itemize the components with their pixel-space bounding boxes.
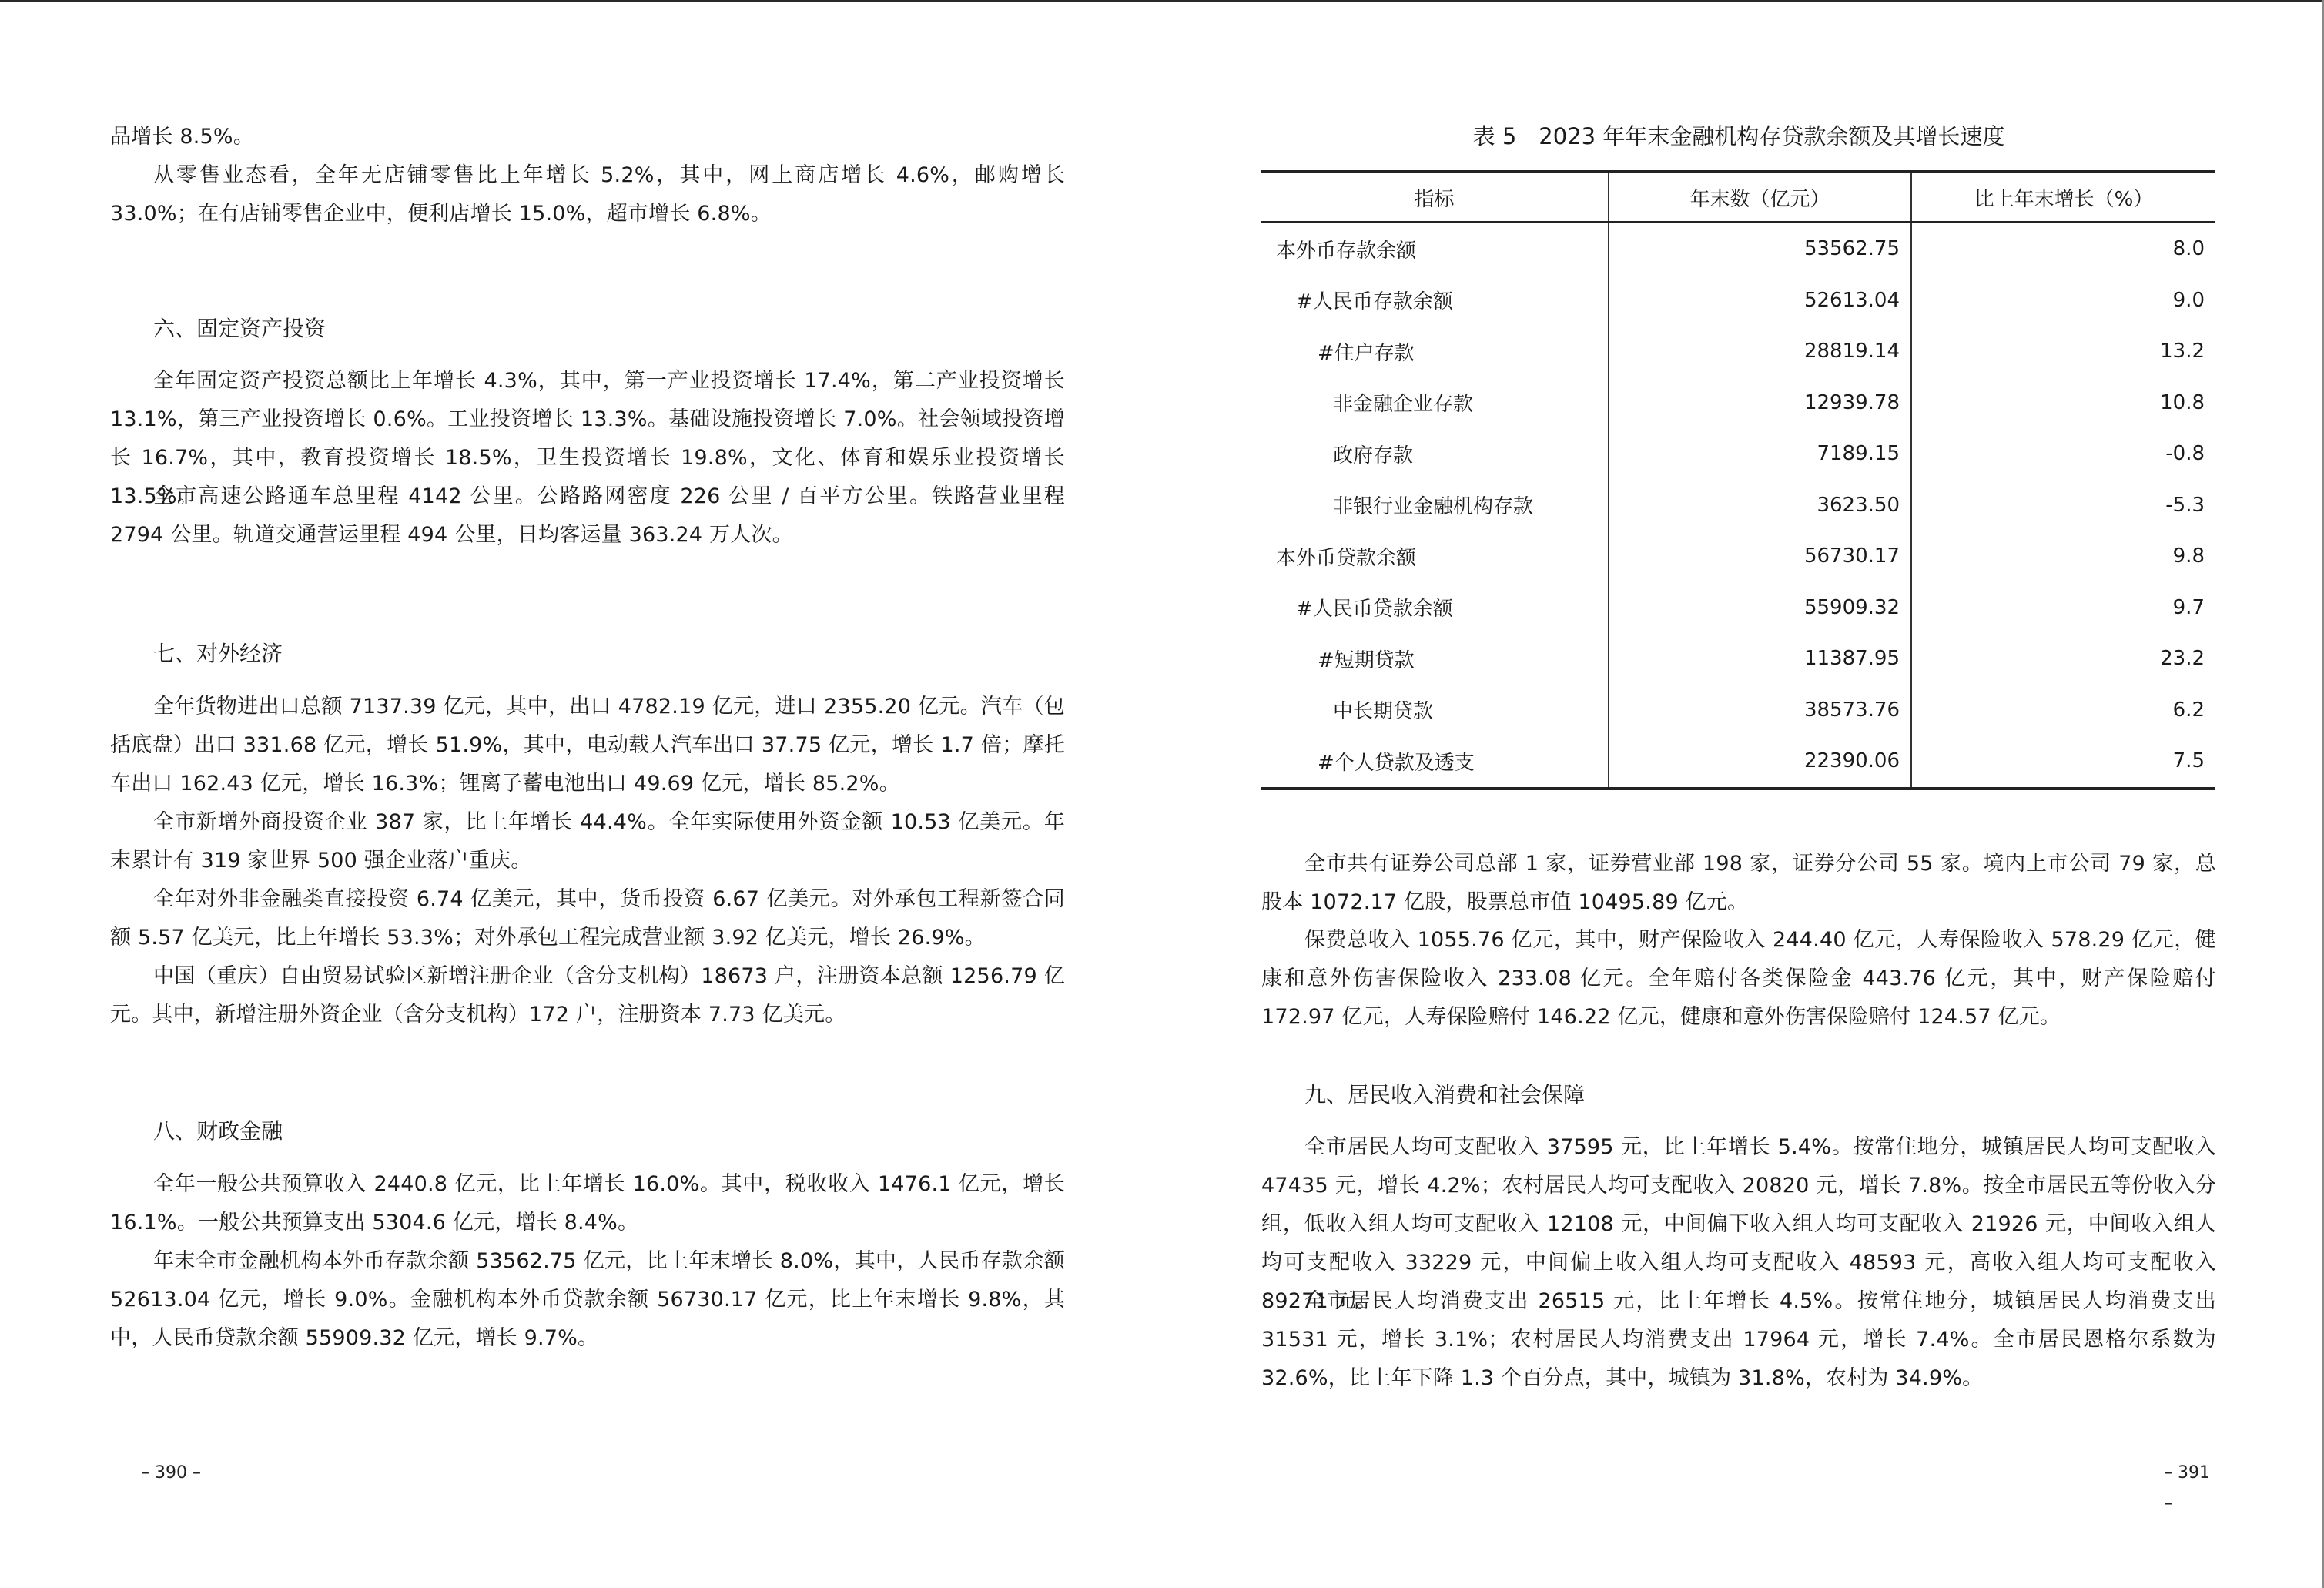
table-row: 中长期贷款 38573.76 6.2 [1261, 685, 2215, 736]
row-value: 38573.76 [1609, 685, 1911, 736]
row-label: 本外币贷款余额 [1261, 531, 1609, 582]
paragraph-free-trade-zone: 中国（重庆）自由贸易试验区新增注册企业（含分支机构）18673 户，注册资本总额… [110, 957, 1065, 1034]
page-number-right: – 391 – [2164, 1458, 2216, 1519]
row-value: 56730.17 [1609, 531, 1911, 582]
column-header-year-end-value: 年末数（亿元） [1609, 172, 1911, 223]
table-row: 本外币存款余额 53562.75 8.0 [1261, 223, 2215, 275]
row-label: #个人贷款及透支 [1261, 735, 1609, 789]
row-label: 本外币存款余额 [1261, 223, 1609, 275]
table-row: #住户存款 28819.14 13.2 [1261, 326, 2215, 377]
table-row: #短期贷款 11387.95 23.2 [1261, 633, 2215, 685]
row-label: 非金融企业存款 [1261, 377, 1609, 429]
paragraph-continuation: 品增长 8.5%。 [110, 118, 1065, 156]
paragraph-insurance: 保费总收入 1055.76 亿元，其中，财产保险收入 244.40 亿元，人寿保… [1261, 921, 2216, 1037]
row-growth: -5.3 [1911, 480, 2215, 531]
table-row: #人民币存款余额 52613.04 9.0 [1261, 275, 2215, 327]
paragraph-securities: 全市共有证券公司总部 1 家，证券营业部 198 家，证券分公司 55 家。境内… [1261, 845, 2216, 922]
paragraph-public-budget: 全年一般公共预算收入 2440.8 亿元，比上年增长 16.0%。其中，税收收入… [110, 1165, 1065, 1242]
column-header-growth: 比上年末增长（%） [1911, 172, 2215, 223]
row-label: 政府存款 [1261, 428, 1609, 480]
table-row: 非银行业金融机构存款 3623.50 -5.3 [1261, 480, 2215, 531]
paragraph-outward-investment: 全年对外非金融类直接投资 6.74 亿美元，其中，货币投资 6.67 亿美元。对… [110, 880, 1065, 957]
table-row: 非金融企业存款 12939.78 10.8 [1261, 377, 2215, 429]
row-value: 11387.95 [1609, 633, 1911, 685]
paragraph-foreign-investment: 全市新增外商投资企业 387 家，比上年增长 44.4%。全年实际使用外资金额 … [110, 803, 1065, 880]
table-row: #人民币贷款余额 55909.32 9.7 [1261, 582, 2215, 634]
row-label: #住户存款 [1261, 326, 1609, 377]
row-growth: 9.7 [1911, 582, 2215, 634]
paragraph-transport-infrastructure: 全市高速公路通车总里程 4142 公里。公路路网密度 226 公里 / 百平方公… [110, 477, 1065, 554]
row-value: 28819.14 [1609, 326, 1911, 377]
row-value: 52613.04 [1609, 275, 1911, 327]
row-label: 中长期贷款 [1261, 685, 1609, 736]
row-growth: 9.0 [1911, 275, 2215, 327]
row-growth: 7.5 [1911, 735, 2215, 789]
row-growth: -0.8 [1911, 428, 2215, 480]
row-value: 22390.06 [1609, 735, 1911, 789]
row-growth: 6.2 [1911, 685, 2215, 736]
paragraph-retail-formats: 从零售业态看，全年无店铺零售比上年增长 5.2%，其中，网上商店增长 4.6%，… [110, 156, 1065, 233]
row-label: #人民币贷款余额 [1261, 582, 1609, 634]
row-value: 55909.32 [1609, 582, 1911, 634]
page-number-left: – 390 – [141, 1458, 201, 1489]
row-growth: 23.2 [1911, 633, 2215, 685]
right-page: 表 5 2023 年年末金融机构存贷款余额及其增长速度 指标 年末数（亿元） 比… [1261, 0, 2216, 1588]
row-label: 非银行业金融机构存款 [1261, 480, 1609, 531]
table-row: 本外币贷款余额 56730.17 9.8 [1261, 531, 2215, 582]
row-value: 12939.78 [1609, 377, 1911, 429]
row-value: 53562.75 [1609, 223, 1911, 275]
deposits-loans-table: 指标 年末数（亿元） 比上年末增长（%） 本外币存款余额 53562.75 8.… [1261, 170, 2215, 790]
paragraph-trade: 全年货物进出口总额 7137.39 亿元，其中，出口 4782.19 亿元，进口… [110, 688, 1065, 803]
section-heading-fixed-asset-investment: 六、固定资产投资 [153, 310, 326, 348]
row-growth: 13.2 [1911, 326, 2215, 377]
row-growth: 9.8 [1911, 531, 2215, 582]
row-growth: 8.0 [1911, 223, 2215, 275]
column-header-indicator: 指标 [1261, 172, 1609, 223]
section-heading-foreign-economy: 七、对外经济 [153, 635, 283, 673]
paragraph-deposits-loans: 年末全市金融机构本外币存款余额 53562.75 亿元，比上年末增长 8.0%，… [110, 1242, 1065, 1358]
table-row: 政府存款 7189.15 -0.8 [1261, 428, 2215, 480]
table-header-row: 指标 年末数（亿元） 比上年末增长（%） [1261, 172, 2215, 223]
section-heading-income-consumption: 九、居民收入消费和社会保障 [1304, 1076, 1585, 1114]
left-page: 品增长 8.5%。 从零售业态看，全年无店铺零售比上年增长 5.2%，其中，网上… [110, 0, 1065, 1588]
paragraph-consumption-expenditure: 全市居民人均消费支出 26515 元，比上年增长 4.5%。按常住地分，城镇居民… [1261, 1282, 2216, 1398]
table-title: 表 5 2023 年年末金融机构存贷款余额及其增长速度 [1261, 117, 2216, 156]
row-value: 3623.50 [1609, 480, 1911, 531]
row-label: #短期贷款 [1261, 633, 1609, 685]
row-growth: 10.8 [1911, 377, 2215, 429]
row-label: #人民币存款余额 [1261, 275, 1609, 327]
section-heading-finance: 八、财政金融 [153, 1112, 283, 1151]
row-value: 7189.15 [1609, 428, 1911, 480]
table-row: #个人贷款及透支 22390.06 7.5 [1261, 735, 2215, 789]
